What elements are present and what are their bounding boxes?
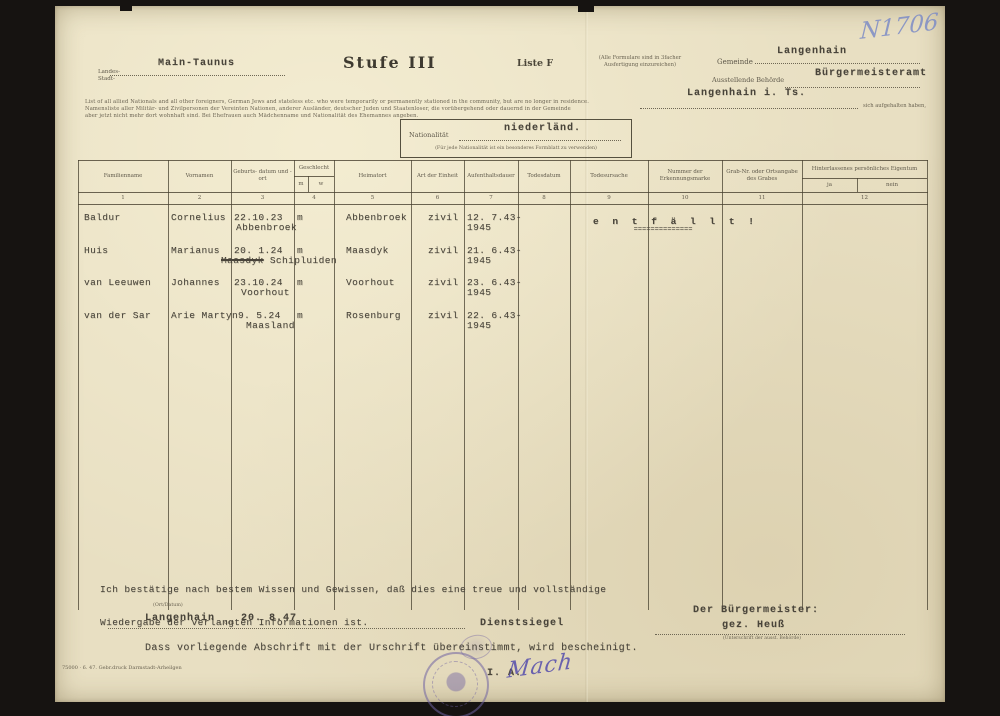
- list-name: Liste F: [517, 58, 553, 69]
- col-number: 5: [334, 192, 411, 204]
- cell-vornamen: Arie Martyn: [171, 310, 238, 321]
- scan-background: Landes- Stadt- Main-Taunus Stufe III Lis…: [0, 0, 1000, 716]
- gemeinde-label: Gemeinde: [717, 58, 753, 66]
- cell-familienname: Baldur: [84, 212, 121, 223]
- cell-geburtsort: Voorhout: [241, 287, 290, 298]
- cell-familienname: van Leeuwen: [84, 277, 151, 288]
- corrected-birthplace: Schipluiden: [270, 255, 337, 266]
- cell-einheit: zivil: [428, 212, 459, 223]
- cell-vornamen: Cornelius: [171, 212, 226, 223]
- col-number: 3: [231, 192, 294, 204]
- cell-familienname: van der Sar: [84, 310, 151, 321]
- cell-geschlecht: m: [297, 310, 303, 321]
- struck-birthplace: Maasdyk: [221, 255, 264, 266]
- scan-notch: [120, 6, 132, 11]
- col-header-todesursache: Todesursache: [570, 160, 648, 192]
- cell-geburtsort: Abbenbroek: [236, 222, 297, 233]
- grid-line-h: [78, 204, 928, 205]
- col-subheader-w: w: [308, 176, 334, 192]
- gemeinde-line: [755, 62, 920, 64]
- cell-vornamen: Marianus: [171, 245, 220, 256]
- cell-heimatort: Maasdyk: [346, 245, 389, 256]
- handwritten-signature: Mach: [506, 649, 574, 684]
- copies-note: (Alle Formulare sind in 3facher Ausferti…: [585, 55, 695, 69]
- cell-geschlecht: m: [297, 245, 303, 256]
- community-value: Langenhain i. Ts.: [687, 88, 806, 99]
- cell-heimatort: Voorhout: [346, 277, 395, 288]
- cell-einheit: zivil: [428, 310, 459, 321]
- residence-note: sich aufgehalten haben,: [863, 103, 926, 110]
- nationality-note: (Für jede Nationalität ist ein besondere…: [411, 145, 621, 152]
- col-number: 9: [570, 192, 648, 204]
- col-number: 2: [168, 192, 231, 204]
- date-value: 20. 8.47: [241, 613, 297, 624]
- unterschrift-note: (Unterschrift der ausst. Behörde): [723, 635, 801, 642]
- cell-heimatort: Rosenburg: [346, 310, 401, 321]
- behoerde-value: Bürgermeisteramt: [815, 68, 927, 79]
- persons-table: Familienname Vornamen Geburts- datum und…: [78, 160, 928, 610]
- col-number: 12: [802, 192, 927, 204]
- intro-paragraph: List of all allied Nationals and all oth…: [85, 99, 645, 120]
- col-number: 11: [722, 192, 802, 204]
- cell-geschlecht: m: [297, 212, 303, 223]
- cell-familienname: Huis: [84, 245, 108, 256]
- col-subheader-m: m: [294, 176, 308, 192]
- gemeinde-value: Langenhain: [777, 46, 847, 57]
- col-header-heimatort: Heimatort: [334, 160, 411, 192]
- table-row: Baldur Cornelius 22.10.23 Abbenbroek m A…: [78, 212, 928, 236]
- cell-vornamen: Johannes: [171, 277, 220, 288]
- col-subheader-ja: ja: [802, 178, 857, 192]
- nationality-label: Nationalität: [409, 131, 449, 139]
- entfaellt-underline: ==============: [593, 226, 733, 234]
- cell-aufenthalt-bis: 1945: [467, 320, 491, 331]
- col-header-aufenthalt: Aufenthaltsdauer: [464, 160, 518, 192]
- place-value: Langenhain: [145, 613, 215, 624]
- col-header-geburt: Geburts- datum und -ort: [231, 160, 294, 192]
- cell-geschlecht: m: [297, 277, 303, 288]
- handwritten-scan-number: N1706: [860, 9, 939, 45]
- col-number: 6: [411, 192, 464, 204]
- col-header-einheit: Art der Einheit: [411, 160, 464, 192]
- nationality-value: niederländ.: [504, 123, 581, 134]
- kreis-value: Main-Taunus: [158, 58, 235, 69]
- col-header-eigentum: Hinterlassenes persönliches Eigentum: [802, 160, 927, 178]
- official-seal-stamp: [423, 652, 489, 716]
- col-number: 1: [78, 192, 168, 204]
- dienstsiegel-label: Dienstsiegel: [480, 618, 564, 629]
- cell-geburtsort: Maasdyk Schipluiden: [221, 255, 337, 266]
- col-number: 10: [648, 192, 722, 204]
- kreis-label: Landes- Stadt-: [98, 69, 120, 83]
- nationality-box: niederländ. Nationalität (Für jede Natio…: [400, 119, 632, 158]
- scan-notch: [578, 6, 594, 12]
- col-header-geschlecht: Geschlecht: [294, 160, 334, 176]
- nationality-line: [459, 139, 621, 141]
- cell-heimatort: Abbenbroek: [346, 212, 407, 223]
- col-number: 7: [464, 192, 518, 204]
- col-header-vornamen: Vornamen: [168, 160, 231, 192]
- cell-einheit: zivil: [428, 277, 459, 288]
- signed-by: gez. Heuß: [722, 620, 785, 631]
- kreis-line: [110, 74, 285, 76]
- community-line: [640, 107, 858, 109]
- cell-aufenthalt-bis: 1945: [467, 222, 491, 233]
- form-level-title: Stufe III: [343, 53, 437, 72]
- printer-imprint: 75000 · 6. 47. Gebr.druck Darmstadt-Arhe…: [62, 665, 182, 672]
- col-header-grab: Grab-Nr. oder Ortsangabe des Grabes: [722, 160, 802, 192]
- cell-aufenthalt-bis: 1945: [467, 287, 491, 298]
- cell-geburtsort: Maasland: [246, 320, 295, 331]
- col-header-familienname: Familienname: [78, 160, 168, 192]
- table-row: van Leeuwen Johannes 23.10.24 Voorhout m…: [78, 277, 928, 301]
- behoerde-label: Ausstellende Behörde: [712, 76, 784, 84]
- document-paper: Landes- Stadt- Main-Taunus Stufe III Lis…: [55, 6, 945, 702]
- col-subheader-nein: nein: [857, 178, 927, 192]
- col-header-erkennungsmarke: Nummer der Erkennungsmarke: [648, 160, 722, 192]
- col-number: 8: [518, 192, 570, 204]
- cell-aufenthalt-bis: 1945: [467, 255, 491, 266]
- table-row: Huis Marianus 20. 1.24 Maasdyk Schipluid…: [78, 245, 928, 269]
- col-header-todesdatum: Todesdatum: [518, 160, 570, 192]
- buergermeister-title: Der Bürgermeister:: [693, 605, 819, 616]
- col-number: 4: [294, 192, 334, 204]
- table-row: van der Sar Arie Martyn 9. 5.24 Maasland…: [78, 310, 928, 334]
- certification-statement: Ich bestätige nach bestem Wissen und Gew…: [100, 562, 606, 650]
- cell-einheit: zivil: [428, 245, 459, 256]
